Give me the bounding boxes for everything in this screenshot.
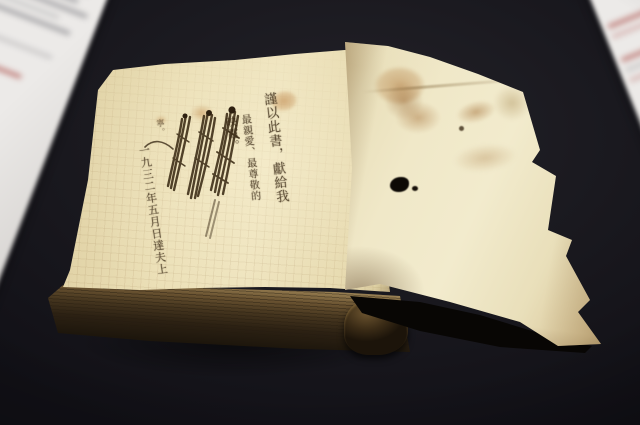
ink-blot — [206, 110, 212, 116]
open-book: 謹以此書，獻給我 最親愛、最尊敬的 映霞。 寧。 一九三二年五月日達夫上 — [0, 0, 640, 425]
torn-corner-shading — [488, 80, 536, 126]
scribble-stroke — [210, 202, 219, 238]
water-stain-faint — [442, 135, 528, 181]
ink-blot — [183, 114, 188, 119]
worm-hole — [390, 177, 409, 192]
dark-speck — [459, 126, 464, 131]
scribble-stroke — [191, 112, 208, 198]
fold-crease-line — [362, 77, 528, 93]
water-stain-oval — [447, 92, 504, 132]
flourish-stroke — [145, 142, 173, 149]
water-stain-core — [378, 76, 430, 126]
photo-scene: 謹以此書，獻給我 最親愛、最尊敬的 映霞。 寧。 一九三二年五月日達夫上 — [0, 0, 640, 425]
water-stain-large — [366, 60, 450, 140]
scribble-group — [168, 110, 239, 198]
scribble-stroke — [206, 200, 215, 236]
worm-hole-small — [412, 186, 418, 191]
scribble-stroke — [195, 115, 212, 198]
scribble-stroke — [168, 119, 182, 186]
ink-blot — [228, 106, 235, 113]
